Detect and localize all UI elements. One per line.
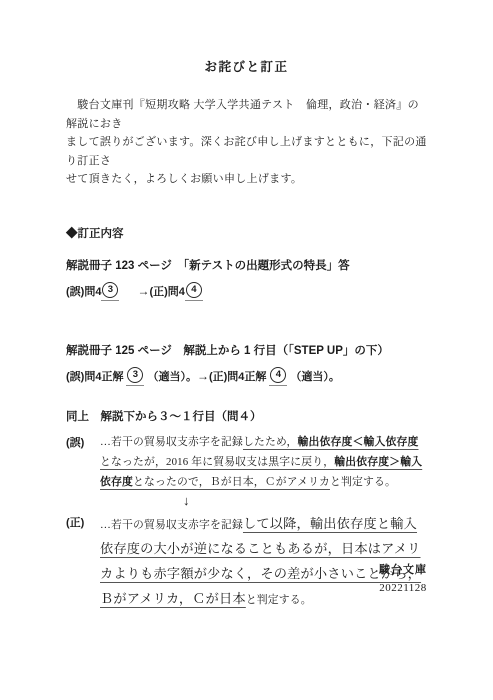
wrong-text-underlined: となったが，2016 年に貿易収支は黒字に戻り， — [100, 456, 334, 468]
intro-line: まして誤りがございます。深くお詫び申し上げますとともに，下記の通り訂正さ — [66, 133, 429, 170]
wrong-label: (誤) — [66, 283, 84, 299]
correction3-heading: 同上 解説下から３～１行目（問４） — [66, 408, 427, 424]
correction1-line: (誤) 問4 3 → (正) 問4 4 — [66, 282, 427, 301]
correct-answer-circle: 4 — [185, 282, 203, 301]
footer: 駿台文庫 20221128 — [379, 561, 427, 594]
wrong-label: (誤) — [66, 368, 84, 384]
correct-label: (正) — [149, 283, 167, 299]
question-label: 問4 — [84, 368, 101, 384]
wrong-text-bold: 輸出依存度＜輸入依存度 — [298, 436, 419, 448]
wrong-answer-circle: 3 — [101, 282, 119, 301]
answer-suffix: （適当）。 — [290, 368, 340, 384]
arrow-right-icon: → — [197, 369, 209, 383]
correct-label: (正) — [209, 368, 227, 384]
wrong-text: …若干の貿易収支赤字を記録したため，輸出依存度＜輸入依存度となったが，2016 … — [100, 432, 429, 492]
correct-answer-circle: 4 — [269, 367, 287, 386]
page-title: お詫びと訂正 — [0, 0, 493, 75]
wrong-text-underlined: したため， — [243, 436, 298, 448]
errata-document-page: お詫びと訂正 駿台文庫刊『短期攻略 大学入学共通テスト 倫理，政治・経済』の解説… — [0, 0, 493, 700]
question-label: 問4 — [84, 283, 101, 299]
correction2-line: (誤) 問4 正解 3 （適当）。 → (正) 問4 正解 4 （適当）。 — [66, 367, 427, 386]
correction3-wrong-paragraph: (誤) …若干の貿易収支赤字を記録したため，輸出依存度＜輸入依存度となったが，2… — [66, 432, 429, 492]
revision-date: 20221128 — [379, 582, 427, 594]
answer-prefix: 正解 — [101, 368, 123, 384]
arrow-right-icon: → — [137, 284, 149, 298]
intro-line: 駿台文庫刊『短期攻略 大学入学共通テスト 倫理，政治・経済』の解説におき — [66, 96, 429, 133]
correct-text-plain: …若干の貿易収支赤字を記録 — [100, 519, 243, 531]
answer-suffix: （適当）。 — [147, 368, 197, 384]
correction1-heading: 解説冊子 123 ページ 「新テストの出題形式の特長」答 — [66, 257, 427, 273]
wrong-label: (誤) — [66, 432, 100, 492]
arrow-down-icon: ↓ — [183, 494, 493, 508]
correction3-correct-paragraph: (正) …若干の貿易収支赤字を記録して以降，輸出依存度と輸入依存度の大小が逆にな… — [66, 512, 429, 612]
question-label: 問4 — [168, 283, 185, 299]
publisher-name: 駿台文庫 — [379, 561, 427, 577]
question-label: 問4 — [227, 368, 244, 384]
corrections-section-heading: ◆訂正内容 — [66, 225, 427, 241]
correction2-heading: 解説冊子 125 ページ 解説上から 1 行目（「STEP UP」の下） — [66, 342, 427, 358]
answer-prefix: 正解 — [244, 368, 266, 384]
intro-line: せて頂きたく，よろしくお願い申し上げます。 — [66, 170, 429, 189]
wrong-text-underlined: となったので，Ｂが日本，Ｃがアメリカ — [133, 476, 330, 488]
wrong-text-tail: と判定する。 — [330, 476, 396, 488]
wrong-answer-circle: 3 — [126, 367, 144, 386]
wrong-text-plain: …若干の貿易収支赤字を記録 — [100, 436, 243, 448]
correct-label: (正) — [66, 512, 100, 612]
correct-text-tail: と判定する。 — [246, 594, 312, 606]
intro-paragraph: 駿台文庫刊『短期攻略 大学入学共通テスト 倫理，政治・経済』の解説におき まして… — [66, 96, 429, 189]
